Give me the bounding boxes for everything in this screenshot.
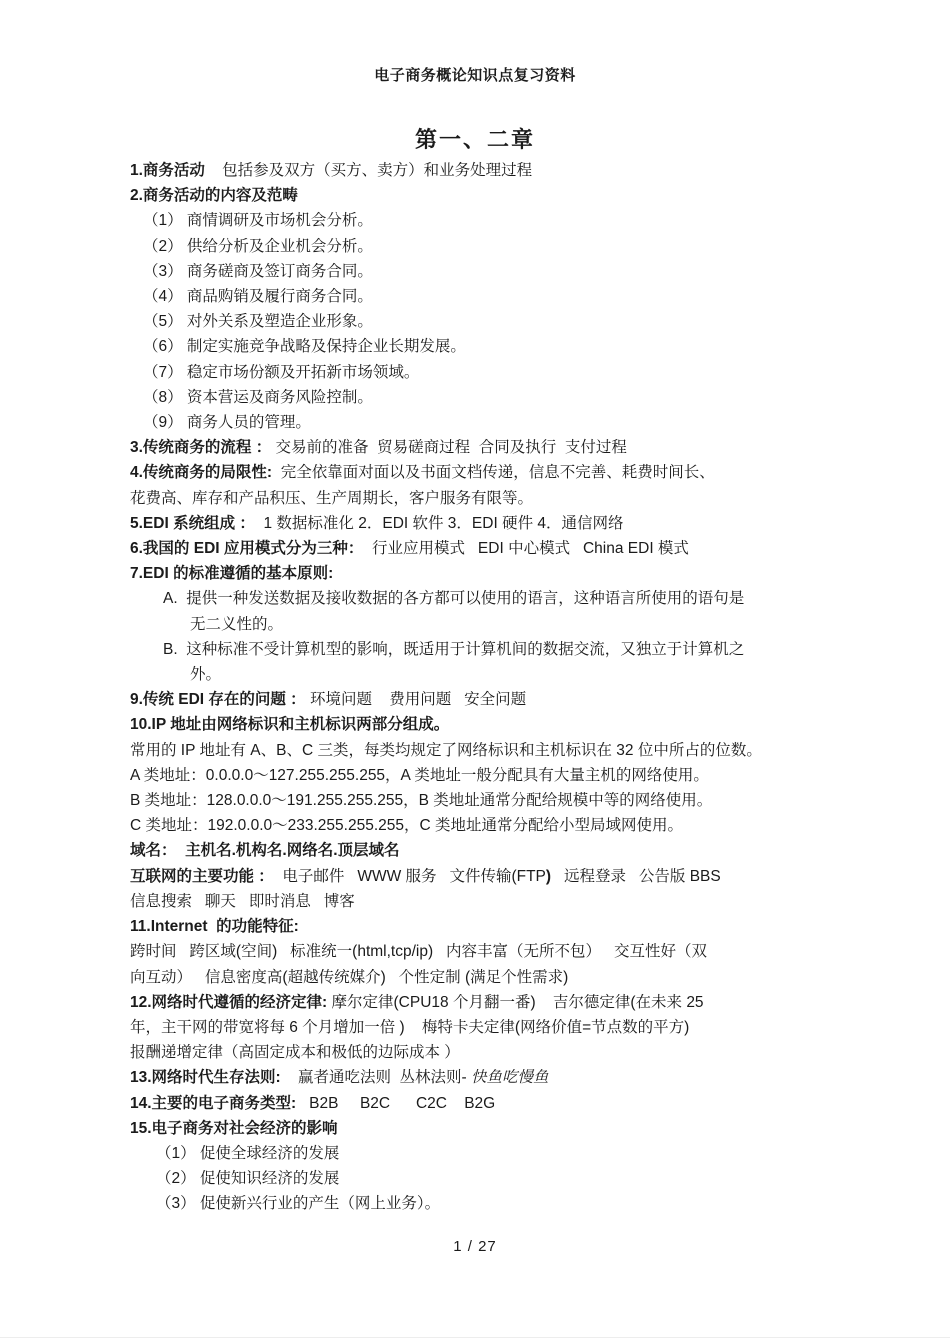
text-segment: 信息搜索 聊天 即时消息 博客: [130, 893, 355, 910]
text-segment: 12.网络时代遵循的经济定律:: [130, 994, 327, 1011]
text-line: 2.商务活动的内容及范畴: [130, 183, 825, 208]
text-segment: （1） 商情调研及市场机会分析。: [143, 212, 373, 229]
text-line: 7.EDI 的标准遵循的基本原则:: [130, 561, 825, 586]
text-line: 信息搜索 聊天 即时消息 博客: [130, 889, 825, 914]
text-segment: A 类地址：0.0.0.0～127.255.255.255，A 类地址一般分配具…: [130, 767, 709, 784]
text-line: 常用的 IP 地址有 A、B、C 三类，每类均规定了网络标识和主机标识在 32 …: [130, 738, 825, 763]
text-segment: 3.传统商务的流程 ：: [130, 439, 271, 456]
text-segment: 域名： 主机名.机构名.网络名.顶层域名: [130, 842, 400, 859]
text-line: 4.传统商务的局限性: 完全依靠面对面以及书面文档传递，信息不完善、耗费时间长、: [130, 460, 825, 485]
text-segment: 电子邮件 WWW 服务 文件传输(FTP: [274, 868, 546, 885]
text-segment: （4） 商品购销及履行商务合同。: [143, 288, 373, 305]
text-segment: 向互动） 信息密度高(超越传统媒介) 个性定制 (满足个性需求): [130, 969, 568, 986]
text-line: 3.传统商务的流程 ： 交易前的准备 贸易磋商过程 合同及执行 支付过程: [130, 435, 825, 460]
text-line: 14.主要的电子商务类型: B2B B2C C2C B2G: [130, 1091, 825, 1116]
text-segment: （3） 促使新兴行业的产生（网上业务）。: [156, 1195, 440, 1212]
text-segment: C 类地址：192.0.0.0～233.255.255.255，C 类地址通常分…: [130, 817, 683, 834]
text-segment: 11.Internet 的功能特征:: [130, 918, 299, 935]
text-segment: A. 提供一种发送数据及接收数据的各方都可以使用的语言，这种语言所使用的语句是: [163, 590, 744, 607]
text-line: 报酬递增定律（高固定成本和极低的边际成本 ）: [130, 1040, 825, 1065]
text-line: 12.网络时代遵循的经济定律: 摩尔定律(CPU18 个月翻一番) 吉尔德定律(…: [130, 990, 825, 1015]
text-line: 年，主干网的带宽将每 6 个月增加一倍 ) 梅特卡夫定律(网络价值=节点数的平方…: [130, 1015, 825, 1040]
text-line: 无二义性的。: [130, 612, 825, 637]
text-line: （3） 促使新兴行业的产生（网上业务）。: [130, 1191, 825, 1216]
text-line: C 类地址：192.0.0.0～233.255.255.255，C 类地址通常分…: [130, 813, 825, 838]
text-segment: B2B B2C C2C B2G: [296, 1095, 495, 1112]
text-line: 13.网络时代生存法则: 赢者通吃法则 丛林法则- 快鱼吃慢鱼: [130, 1065, 825, 1090]
document-page: 电子商务概论知识点复习资料 第一、二章 1.商务活动 包括参及双方（买方、卖方）…: [0, 0, 950, 1341]
text-segment: 包括参及双方（买方、卖方）和业务处理过程: [205, 162, 532, 179]
text-line: （2） 供给分析及企业机会分析。: [130, 234, 825, 259]
text-line: （2） 促使知识经济的发展: [130, 1166, 825, 1191]
text-line: 跨时间 跨区域(空间) 标准统一(html,tcp/ip) 内容丰富（无所不包）…: [130, 939, 825, 964]
text-line: （3） 商务磋商及签订商务合同。: [130, 259, 825, 284]
text-line: 6.我国的 EDI 应用模式分为三种： 行业应用模式 EDI 中心模式 Chin…: [130, 536, 825, 561]
text-line: （6） 制定实施竞争战略及保持企业长期发展。: [130, 334, 825, 359]
text-segment: 花费高、库存和产品积压、生产周期长，客户服务有限等。: [130, 490, 533, 507]
text-segment: 6.我国的 EDI 应用模式分为三种：: [130, 540, 363, 557]
page-number: 1 / 27: [0, 1238, 950, 1255]
text-segment: 9.传统 EDI 存在的问题 ：: [130, 691, 306, 708]
text-segment: 环境问题 费用问题 安全问题: [306, 691, 526, 708]
text-line: （7） 稳定市场份额及开拓新市场领域。: [130, 360, 825, 385]
text-line: A. 提供一种发送数据及接收数据的各方都可以使用的语言，这种语言所使用的语句是: [130, 586, 825, 611]
text-line: 互联网的主要功能 ： 电子邮件 WWW 服务 文件传输(FTP) 远程登录 公告…: [130, 864, 825, 889]
text-line: 外。: [130, 662, 825, 687]
text-segment: 5.EDI 系统组成 ：: [130, 515, 255, 532]
text-segment: 完全依靠面对面以及书面文档传递，信息不完善、耗费时间长、: [272, 464, 715, 481]
text-line: 5.EDI 系统组成 ： 1 数据标准化 2．EDI 软件 3．EDI 硬件 4…: [130, 511, 825, 536]
text-segment: 行业应用模式 EDI 中心模式 China EDI 模式: [363, 540, 689, 557]
text-line: 花费高、库存和产品积压、生产周期长，客户服务有限等。: [130, 486, 825, 511]
text-segment: 年，主干网的带宽将每 6 个月增加一倍 ) 梅特卡夫定律(网络价值=节点数的平方…: [130, 1019, 689, 1036]
text-line: （8） 资本营运及商务风险控制。: [130, 385, 825, 410]
text-segment: 报酬递增定律（高固定成本和极低的边际成本 ）: [130, 1044, 460, 1061]
text-segment: 1 数据标准化 2．EDI 软件 3．EDI 硬件 4．通信网络: [255, 515, 624, 532]
document-body: 1.商务活动 包括参及双方（买方、卖方）和业务处理过程2.商务活动的内容及范畴（…: [130, 158, 825, 1217]
text-line: （4） 商品购销及履行商务合同。: [130, 284, 825, 309]
text-segment: 远程登录 公告版 BBS: [551, 868, 721, 885]
text-line: A 类地址：0.0.0.0～127.255.255.255，A 类地址一般分配具…: [130, 763, 825, 788]
text-line: 9.传统 EDI 存在的问题 ： 环境问题 费用问题 安全问题: [130, 687, 825, 712]
running-header: 电子商务概论知识点复习资料: [0, 64, 950, 85]
text-segment: 1.商务活动: [130, 162, 205, 179]
text-segment: 14.主要的电子商务类型:: [130, 1095, 296, 1112]
text-line: B 类地址：128.0.0.0～191.255.255.255，B 类地址通常分…: [130, 788, 825, 813]
text-segment: 2.商务活动的内容及范畴: [130, 187, 298, 204]
text-segment: 跨时间 跨区域(空间) 标准统一(html,tcp/ip) 内容丰富（无所不包）…: [130, 943, 707, 960]
text-segment: （5） 对外关系及塑造企业形象。: [143, 313, 373, 330]
text-segment: （2） 促使知识经济的发展: [156, 1170, 339, 1187]
text-segment: 常用的 IP 地址有 A、B、C 三类，每类均规定了网络标识和主机标识在 32 …: [130, 742, 762, 759]
text-segment: 交易前的准备 贸易磋商过程 合同及执行 支付过程: [271, 439, 627, 456]
text-line: 向互动） 信息密度高(超越传统媒介) 个性定制 (满足个性需求): [130, 965, 825, 990]
text-segment: 外。: [190, 666, 221, 683]
text-segment: 7.EDI 的标准遵循的基本原则:: [130, 565, 333, 582]
text-line: （1） 商情调研及市场机会分析。: [130, 208, 825, 233]
text-segment: B. 这种标准不受计算机型的影响，既适用于计算机间的数据交流，又独立于计算机之: [163, 641, 744, 658]
text-segment: 赢者通吃法则 丛林法则-: [281, 1069, 471, 1086]
page-bottom-edge: [0, 1337, 950, 1338]
text-line: B. 这种标准不受计算机型的影响，既适用于计算机间的数据交流，又独立于计算机之: [130, 637, 825, 662]
text-segment: （9） 商务人员的管理。: [143, 414, 311, 431]
text-segment: （7） 稳定市场份额及开拓新市场领域。: [143, 364, 419, 381]
text-segment: 13.网络时代生存法则:: [130, 1069, 281, 1086]
text-line: （5） 对外关系及塑造企业形象。: [130, 309, 825, 334]
text-line: 1.商务活动 包括参及双方（买方、卖方）和业务处理过程: [130, 158, 825, 183]
text-line: 10.IP 地址由网络标识和主机标识两部分组成。: [130, 712, 825, 737]
text-segment: （1） 促使全球经济的发展: [156, 1145, 339, 1162]
text-segment: 无二义性的。: [190, 616, 283, 633]
text-line: （1） 促使全球经济的发展: [130, 1141, 825, 1166]
text-segment: （6） 制定实施竞争战略及保持企业长期发展。: [143, 338, 466, 355]
chapter-title: 第一、二章: [0, 123, 950, 154]
text-line: （9） 商务人员的管理。: [130, 410, 825, 435]
text-segment: （8） 资本营运及商务风险控制。: [143, 389, 373, 406]
text-line: 11.Internet 的功能特征:: [130, 914, 825, 939]
text-segment: 4.传统商务的局限性:: [130, 464, 272, 481]
text-segment: 15.电子商务对社会经济的影响: [130, 1120, 338, 1137]
text-segment: （2） 供给分析及企业机会分析。: [143, 238, 373, 255]
text-segment: 快鱼吃慢鱼: [471, 1069, 549, 1086]
text-segment: 摩尔定律(CPU18 个月翻一番) 吉尔德定律(在未来 25: [327, 994, 703, 1011]
text-segment: （3） 商务磋商及签订商务合同。: [143, 263, 373, 280]
text-segment: 10.IP 地址由网络标识和主机标识两部分组成。: [130, 716, 449, 733]
text-segment: 互联网的主要功能 ：: [130, 868, 274, 885]
text-segment: B 类地址：128.0.0.0～191.255.255.255，B 类地址通常分…: [130, 792, 712, 809]
text-line: 15.电子商务对社会经济的影响: [130, 1116, 825, 1141]
text-line: 域名： 主机名.机构名.网络名.顶层域名: [130, 838, 825, 863]
